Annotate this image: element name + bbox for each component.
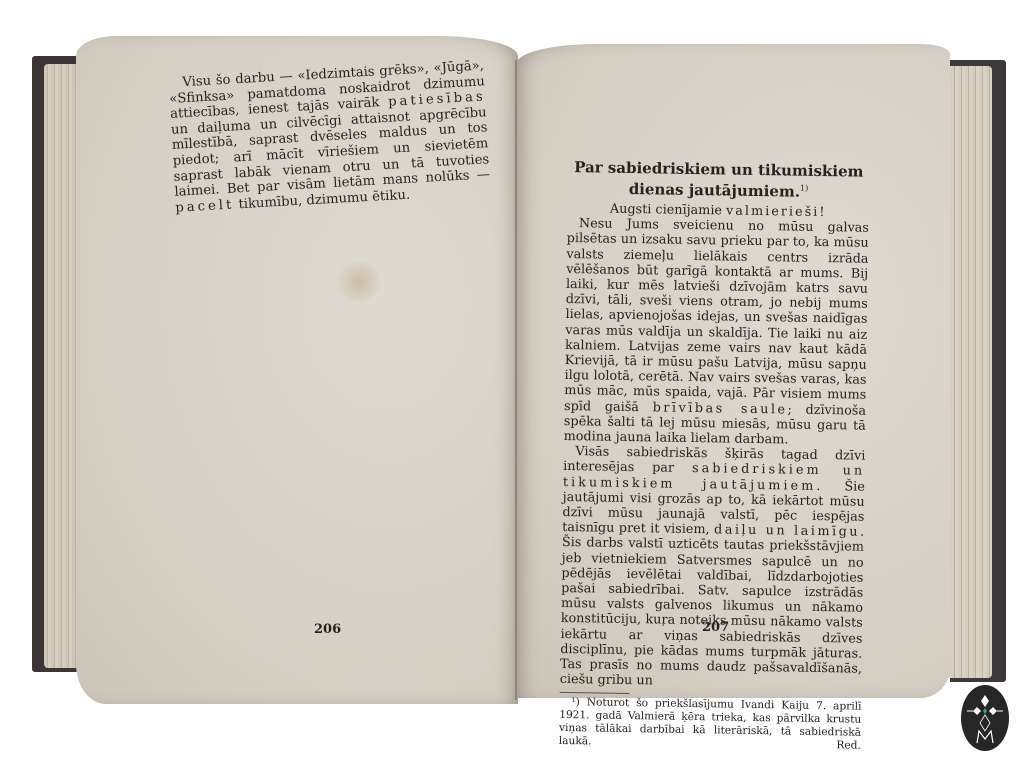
text-segment: un daiļuma un cilvēcīgi attaisnot apgrēc… (171, 105, 491, 200)
paragraph-2: Visās sabiedriskās šķirās tagad dzīvi in… (560, 444, 866, 692)
diamond-cross-monogram-icon (961, 685, 1009, 751)
watermark-badge (961, 685, 1009, 751)
page-number-left: 206 (314, 622, 341, 637)
paper-stain (336, 262, 382, 302)
footnote-rule (560, 691, 630, 693)
salutation-text: Augsti cienījamie (610, 202, 726, 219)
text-segment: Nesu Jums sveicienu no mūsu galvas pilsē… (564, 216, 869, 415)
left-page-text: Visu šo darbu — «Iedzimtais grēks», «Jūg… (168, 58, 491, 216)
right-page-text: Par sabiedriskiem un tikumiskiem dienas … (559, 158, 870, 752)
chapter-title: Par sabiedriskiem un tikumiskiem dienas … (567, 158, 870, 202)
footnote: ¹) Noturot šo priekšlasījumu Ivandi Kaij… (559, 695, 862, 752)
spaced-emphasis: pacelt (175, 197, 235, 215)
chapter-title-text: Par sabiedriskiem un tikumiskiem dienas … (574, 158, 864, 201)
text-segment: . Šis darbs valstī uzticēts tautas priek… (560, 525, 865, 689)
paragraph-1: Nesu Jums sveicienu no mūsu galvas pilsē… (564, 216, 870, 449)
footnote-text: ¹) Noturot šo priekšlasījumu Ivandi Kaij… (559, 696, 862, 747)
book-gutter (515, 60, 517, 700)
footnote-signature: Red. (824, 739, 861, 753)
footnote-mark: 1) (800, 184, 808, 193)
page-number-right: 207 (702, 620, 729, 635)
salutation-emphasis: valmierieši! (726, 203, 827, 220)
left-page-paragraph: Visu šo darbu — «Iedzimtais grēks», «Jūg… (168, 58, 491, 216)
